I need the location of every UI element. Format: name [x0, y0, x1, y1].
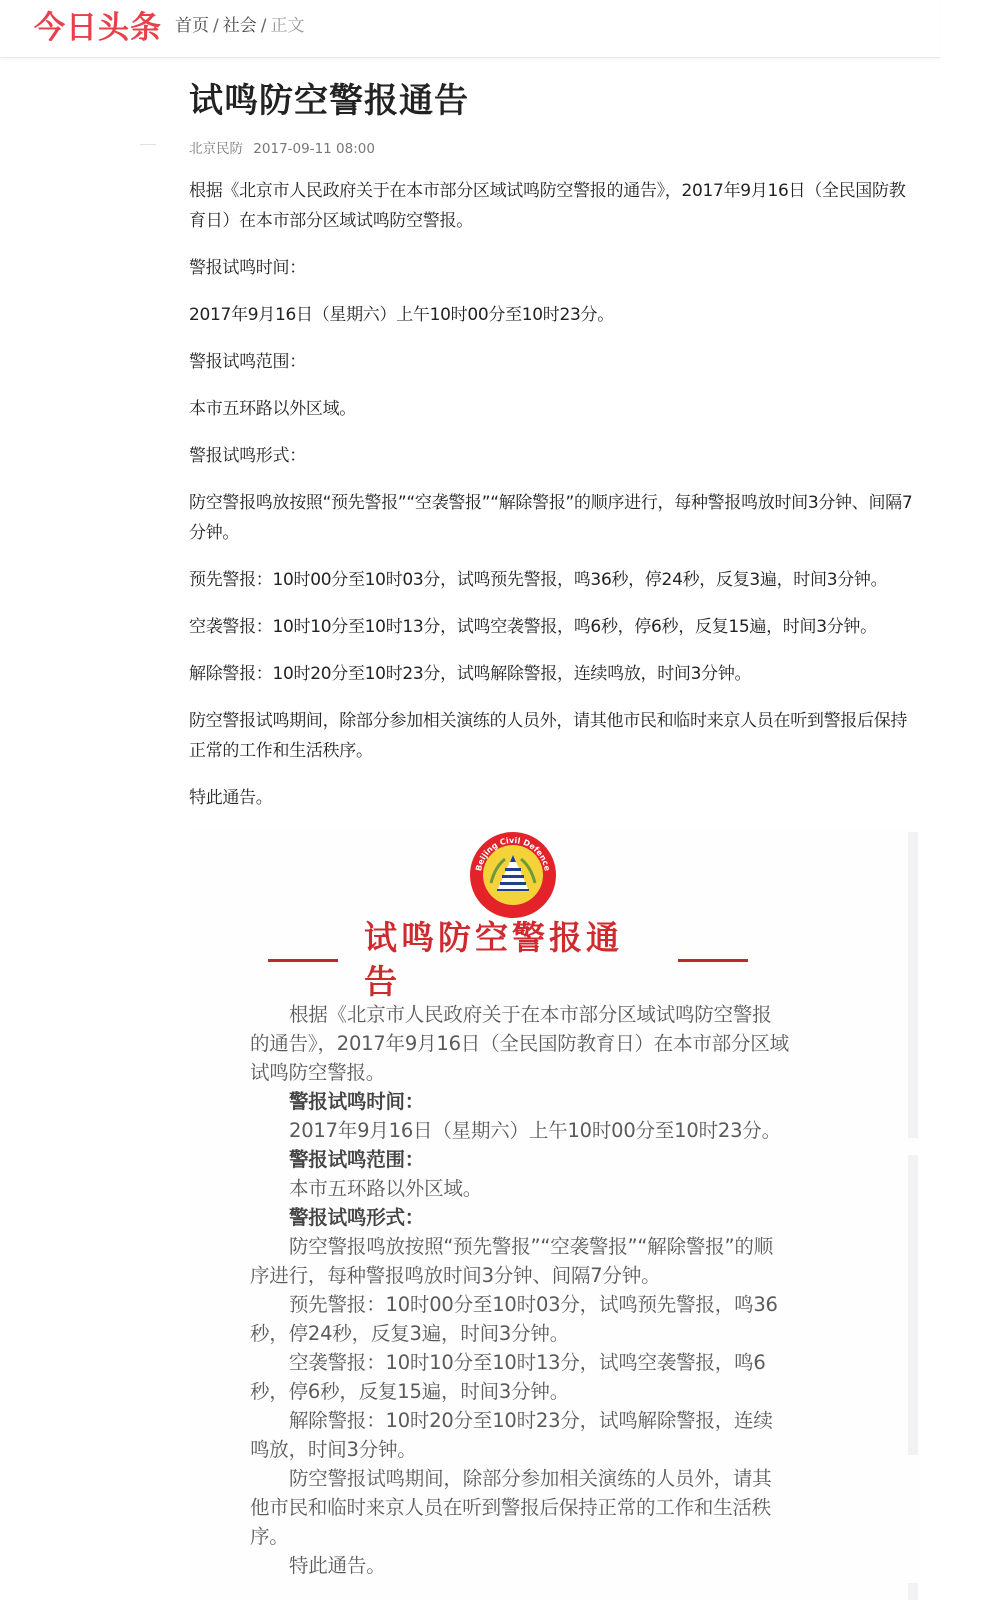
heading-rule-right — [678, 959, 748, 962]
top-header: 今日头条 首页/社会/正文 — [0, 0, 940, 58]
breadcrumb-current: 正文 — [270, 16, 304, 36]
paragraph: 根据《北京市人民政府关于在本市部分区域试鸣防空警报的通告》，2017年9月16日… — [189, 176, 919, 236]
poster-body: 根据《北京市人民政府关于在本市部分区域试鸣防空警报的通告》，2017年9月16日… — [250, 1000, 790, 1580]
heading-rule-left — [268, 959, 338, 962]
paragraph: 本市五环路以外区域。 — [189, 394, 919, 424]
article-meta: 北京民防 2017-09-11 08:00 — [189, 140, 919, 158]
breadcrumb: 首页/社会/正文 — [175, 14, 304, 38]
breadcrumb-home[interactable]: 首页 — [175, 16, 209, 36]
article-body: 根据《北京市人民政府关于在本市部分区域试鸣防空警报的通告》，2017年9月16日… — [189, 176, 919, 813]
poster-line: 警报试鸣形式： — [250, 1203, 790, 1232]
beijing-civil-defence-emblem-icon: Beijing Civil Defence — [470, 832, 556, 918]
site-logo[interactable]: 今日头条 — [34, 9, 162, 47]
article-source[interactable]: 北京民防 — [189, 141, 243, 157]
poster-line: 本市五环路以外区域。 — [250, 1174, 790, 1203]
breadcrumb-separator: / — [213, 16, 219, 36]
poster-line: 解除警报：10时20分至10时23分，试鸣解除警报，连续鸣放，时间3分钟。 — [250, 1406, 790, 1464]
poster-line: 根据《北京市人民政府关于在本市部分区域试鸣防空警报的通告》，2017年9月16日… — [250, 1000, 790, 1087]
paragraph: 防空警报鸣放按照“预先警报”“空袭警报”“解除警报”的顺序进行，每种警报鸣放时间… — [189, 488, 919, 548]
poster-line: 特此通告。 — [250, 1551, 790, 1580]
breadcrumb-separator: / — [261, 16, 267, 36]
breadcrumb-society[interactable]: 社会 — [223, 16, 257, 36]
paragraph: 防空警报试鸣期间，除部分参加相关演练的人员外，请其他市民和临时来京人员在听到警报… — [189, 706, 919, 766]
poster-title: 试鸣防空警报通告 — [364, 916, 652, 1004]
article-title: 试鸣防空警报通告 — [189, 76, 919, 126]
image-edge-strip — [908, 1155, 918, 1455]
paragraph: 警报试鸣范围： — [189, 347, 919, 377]
paragraph: 警报试鸣时间： — [189, 253, 919, 283]
poster-line: 防空警报鸣放按照“预先警报”“空袭警报”“解除警报”的顺序进行，每种警报鸣放时间… — [250, 1232, 790, 1290]
article: 试鸣防空警报通告 北京民防 2017-09-11 08:00 根据《北京市人民政… — [189, 76, 919, 830]
paragraph: 预先警报：10时00分至10时03分，试鸣预先警报，鸣36秒，停24秒，反复3遍… — [189, 565, 919, 595]
paragraph: 警报试鸣形式： — [189, 441, 919, 471]
poster-line: 警报试鸣范围： — [250, 1145, 790, 1174]
poster-line: 预先警报：10时00分至10时03分，试鸣预先警报，鸣36秒，停24秒，反复3遍… — [250, 1290, 790, 1348]
paragraph: 空袭警报：10时10分至10时13分，试鸣空袭警报，鸣6秒，停6秒，反复15遍，… — [189, 612, 919, 642]
article-datetime: 2017-09-11 08:00 — [253, 141, 375, 157]
paragraph: 解除警报：10时20分至10时23分，试鸣解除警报，连续鸣放，时间3分钟。 — [189, 659, 919, 689]
image-edge-strip — [908, 1583, 918, 1600]
poster-line: 2017年9月16日（星期六）上午10时00分至10时23分。 — [250, 1116, 790, 1145]
poster-line: 空袭警报：10时10分至10时13分，试鸣空袭警报，鸣6秒，停6秒，反复15遍，… — [250, 1348, 790, 1406]
decorative-divider — [140, 144, 156, 145]
poster-heading: 试鸣防空警报通告 — [268, 935, 748, 985]
poster-line: 警报试鸣时间： — [250, 1087, 790, 1116]
emblem-triangle-icon — [483, 845, 543, 905]
paragraph: 2017年9月16日（星期六）上午10时00分至10时23分。 — [189, 300, 919, 330]
image-edge-strip — [908, 832, 918, 1138]
poster-line: 防空警报试鸣期间，除部分参加相关演练的人员外，请其他市民和临时来京人员在听到警报… — [250, 1464, 790, 1551]
emblem-inner — [483, 845, 543, 905]
paragraph: 特此通告。 — [189, 783, 919, 813]
